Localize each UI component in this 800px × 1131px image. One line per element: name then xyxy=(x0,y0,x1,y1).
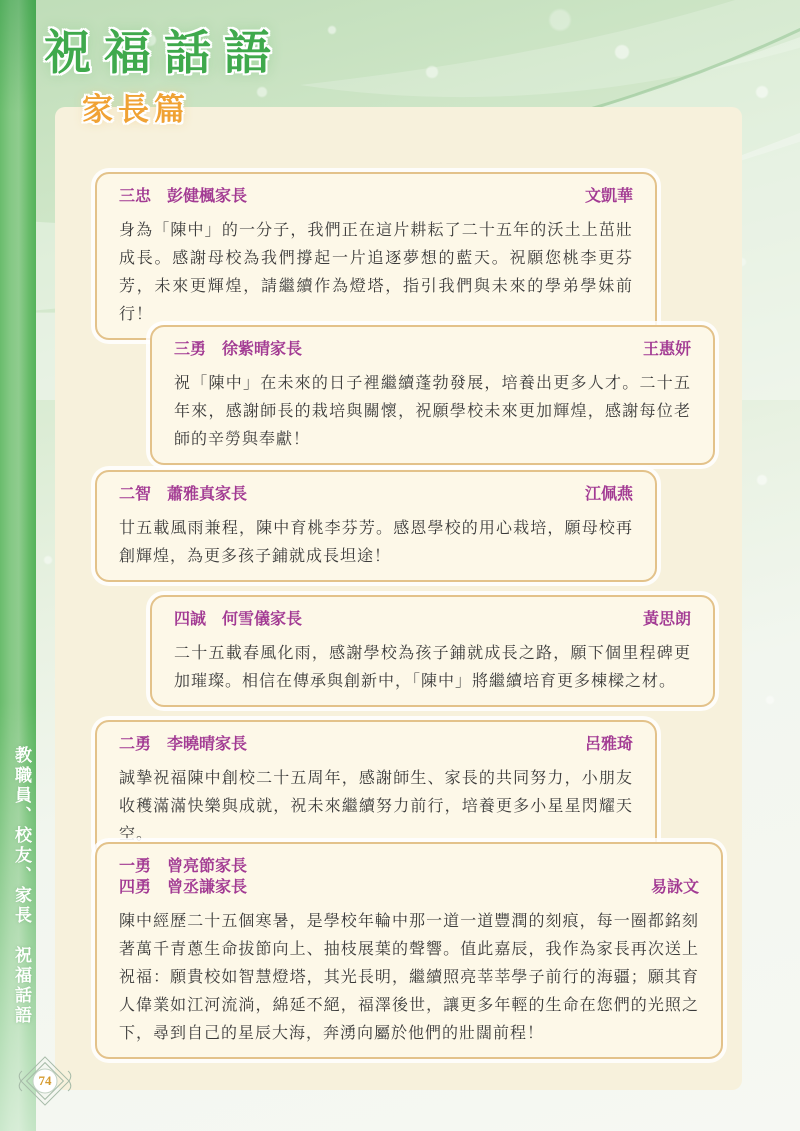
signer-name: 江佩燕 xyxy=(585,484,633,505)
card-body: 陳中經歷二十五個寒暑，是學校年輪中那一道一道豐潤的刻痕，每一圈都銘刻著萬千青蔥生… xyxy=(119,908,699,1048)
card-body: 二十五載春風化雨，感謝學校為孩子鋪就成長之路，願下個里程碑更加璀璨。相信在傳承與… xyxy=(174,640,691,696)
card-body: 身為「陳中」的一分子，我們正在這片耕耘了二十五年的沃土上茁壯成長。感謝母校為我們… xyxy=(119,217,633,329)
class-label: 四勇 xyxy=(119,879,151,896)
yearbook-page: 祝福話語 家長篇 三忠彭健楓家長 文凱華 身為「陳中」的一分子，我們正在這片耕耘… xyxy=(0,0,800,1131)
class-label: 二勇 xyxy=(119,736,151,753)
signer-name: 易詠文 xyxy=(651,877,699,898)
card-header: 二勇李曉晴家長 呂雅琦 xyxy=(119,734,633,755)
parent-name: 何雪儀家長 xyxy=(222,611,302,628)
parent-name: 彭健楓家長 xyxy=(167,188,247,205)
card-body: 誠摯祝福陳中創校二十五周年，感謝師生、家長的共同努力，小朋友收穫滿滿快樂與成就，… xyxy=(119,765,633,849)
card-author-line: 一勇曾亮節家長 xyxy=(119,856,247,877)
card-author: 二智蕭雅真家長 xyxy=(119,484,247,505)
blessing-card: 二勇李曉晴家長 呂雅琦 誠摯祝福陳中創校二十五周年，感謝師生、家長的共同努力，小… xyxy=(95,720,657,860)
class-label: 三勇 xyxy=(174,341,206,358)
card-author: 四誠何雪儀家長 xyxy=(174,609,302,630)
signer-name: 黃思朗 xyxy=(643,609,691,630)
page-title: 祝福話語 xyxy=(44,16,284,83)
content-panel: 三忠彭健楓家長 文凱華 身為「陳中」的一分子，我們正在這片耕耘了二十五年的沃土上… xyxy=(55,107,742,1090)
parent-name: 徐紫晴家長 xyxy=(222,341,302,358)
section-badge: 家長篇 xyxy=(82,84,190,129)
class-label: 二智 xyxy=(119,486,151,503)
blessing-card: 四誠何雪儀家長 黃思朗 二十五載春風化雨，感謝學校為孩子鋪就成長之路，願下個里程… xyxy=(150,595,715,707)
card-author: 三忠彭健楓家長 xyxy=(119,186,247,207)
signer-name: 呂雅琦 xyxy=(585,734,633,755)
card-author: 二勇李曉晴家長 xyxy=(119,734,247,755)
parent-name: 蕭雅真家長 xyxy=(167,486,247,503)
card-body: 祝「陳中」在未來的日子裡繼續蓬勃發展，培養出更多人才。二十五年來，感謝師長的栽培… xyxy=(174,370,691,454)
card-header: 二智蕭雅真家長 江佩燕 xyxy=(119,484,633,505)
signer-name: 文凱華 xyxy=(585,186,633,207)
card-header: 三忠彭健楓家長 文凱華 xyxy=(119,186,633,207)
blessing-card: 一勇曾亮節家長 四勇曾丞謙家長 易詠文 陳中經歷二十五個寒暑，是學校年輪中那一道… xyxy=(95,842,723,1059)
class-label: 三忠 xyxy=(119,188,151,205)
card-body: 廿五載風雨兼程，陳中育桃李芬芳。感恩學校的用心栽培，願母校再創輝煌，為更多孩子鋪… xyxy=(119,515,633,571)
card-author: 三勇徐紫晴家長 xyxy=(174,339,302,360)
page-number: 74 xyxy=(17,1053,73,1109)
card-author-line: 四勇曾丞謙家長 xyxy=(119,877,247,898)
parent-name: 曾丞謙家長 xyxy=(167,879,247,896)
card-header: 三勇徐紫晴家長 王惠妍 xyxy=(174,339,691,360)
parent-name: 李曉晴家長 xyxy=(167,736,247,753)
card-header: 一勇曾亮節家長 四勇曾丞謙家長 易詠文 xyxy=(119,856,699,898)
blessing-card: 三忠彭健楓家長 文凱華 身為「陳中」的一分子，我們正在這片耕耘了二十五年的沃土上… xyxy=(95,172,657,340)
blessing-card: 二智蕭雅真家長 江佩燕 廿五載風雨兼程，陳中育桃李芬芳。感恩學校的用心栽培，願母… xyxy=(95,470,657,582)
sidebar-vertical-title: 教職員、校友、家長 祝福話語 xyxy=(9,746,34,1026)
class-label: 四誠 xyxy=(174,611,206,628)
card-header: 四誠何雪儀家長 黃思朗 xyxy=(174,609,691,630)
class-label: 一勇 xyxy=(119,858,151,875)
page-number-ornament: 74 xyxy=(17,1053,73,1109)
signer-name: 王惠妍 xyxy=(643,339,691,360)
card-author: 一勇曾亮節家長 四勇曾丞謙家長 xyxy=(119,856,247,898)
blessing-card: 三勇徐紫晴家長 王惠妍 祝「陳中」在未來的日子裡繼續蓬勃發展，培養出更多人才。二… xyxy=(150,325,715,465)
parent-name: 曾亮節家長 xyxy=(167,858,247,875)
